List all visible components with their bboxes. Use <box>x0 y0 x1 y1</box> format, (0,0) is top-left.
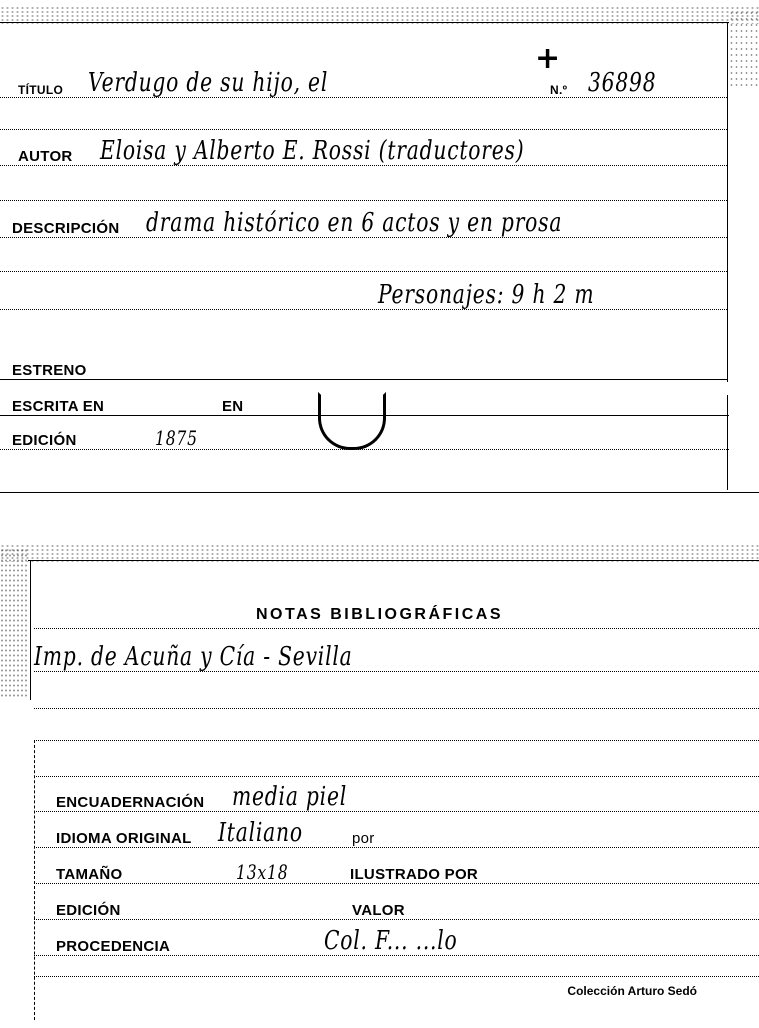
tamano-label: TAMAÑO <box>56 866 123 883</box>
titulo-label: TÍTULO <box>18 83 63 97</box>
idioma-original-label: IDIOMA ORIGINAL <box>56 830 192 847</box>
autor-value: Eloisa y Alberto E. Rossi (traductores) <box>100 136 524 166</box>
card-top-edge <box>0 22 729 23</box>
procedencia-label: PROCEDENCIA <box>56 938 170 955</box>
field-edicion-back: EDICIÓN VALOR <box>34 892 759 920</box>
field-tamano: TAMAÑO 13x18 ILUSTRADO POR <box>34 856 759 884</box>
field-notes: Imp. de Acuña y Cía - Sevilla <box>34 644 759 672</box>
encuadernacion-value: media piel <box>232 782 347 812</box>
estreno-label: ESTRENO <box>12 362 87 379</box>
escrita-en-label: ESCRITA EN <box>12 398 104 415</box>
catalog-card-back: NOTAS BIBLIOGRÁFICAS Imp. de Acuña y Cía… <box>0 540 759 1028</box>
scan-noise <box>729 10 759 90</box>
collection-footer: Colección Arturo Sedó <box>567 984 697 998</box>
autor-label: AUTOR <box>18 148 73 165</box>
descripcion-label: DESCRIPCIÓN <box>12 220 119 237</box>
idioma-original-value: Italiano <box>218 818 303 848</box>
card-top-edge <box>28 560 759 561</box>
valor-label: VALOR <box>352 902 405 919</box>
field-idioma-original: IDIOMA ORIGINAL Italiano por <box>34 820 759 848</box>
field-edicion: EDICIÓN 1875 <box>0 422 729 450</box>
personajes-value: Personajes: 9 h 2 m <box>378 280 594 310</box>
titulo-value: Verdugo de su hijo, el <box>88 68 328 98</box>
descripcion-value: drama histórico en 6 actos y en prosa <box>146 208 562 238</box>
numero-value: 36898 <box>588 68 656 98</box>
field-autor: AUTOR Eloisa y Alberto E. Rossi (traduct… <box>0 138 727 166</box>
por-label: por <box>352 830 375 847</box>
field-descripcion-cont: Personajes: 9 h 2 m <box>0 282 727 310</box>
edicion-value: 1875 <box>155 426 198 450</box>
numero-label: N.º <box>550 83 567 97</box>
field-estreno: ESTRENO <box>0 352 727 380</box>
en-label: EN <box>222 398 243 415</box>
tamano-value: 13x18 <box>236 860 288 884</box>
notes-value: Imp. de Acuña y Cía - Sevilla <box>34 642 352 672</box>
field-encuadernacion: ENCUADERNACIÓN media piel <box>34 784 759 812</box>
field-procedencia: PROCEDENCIA Col. F... ...lo <box>34 928 759 956</box>
catalog-card-front: + TÍTULO Verdugo de su hijo, el N.º 3689… <box>0 0 759 493</box>
encuadernacion-label: ENCUADERNACIÓN <box>56 794 204 811</box>
card-left-border <box>30 560 31 700</box>
edicion-label: EDICIÓN <box>12 432 77 449</box>
edicion-back-label: EDICIÓN <box>56 902 121 919</box>
ilustrado-por-label: ILUSTRADO POR <box>350 866 478 883</box>
card-right-border <box>727 22 728 382</box>
procedencia-value: Col. F... ...lo <box>324 926 458 956</box>
field-titulo: TÍTULO Verdugo de su hijo, el N.º 36898 <box>0 70 727 98</box>
notas-heading: NOTAS BIBLIOGRÁFICAS <box>0 606 759 624</box>
field-descripcion: DESCRIPCIÓN drama histórico en 6 actos y… <box>0 210 727 238</box>
